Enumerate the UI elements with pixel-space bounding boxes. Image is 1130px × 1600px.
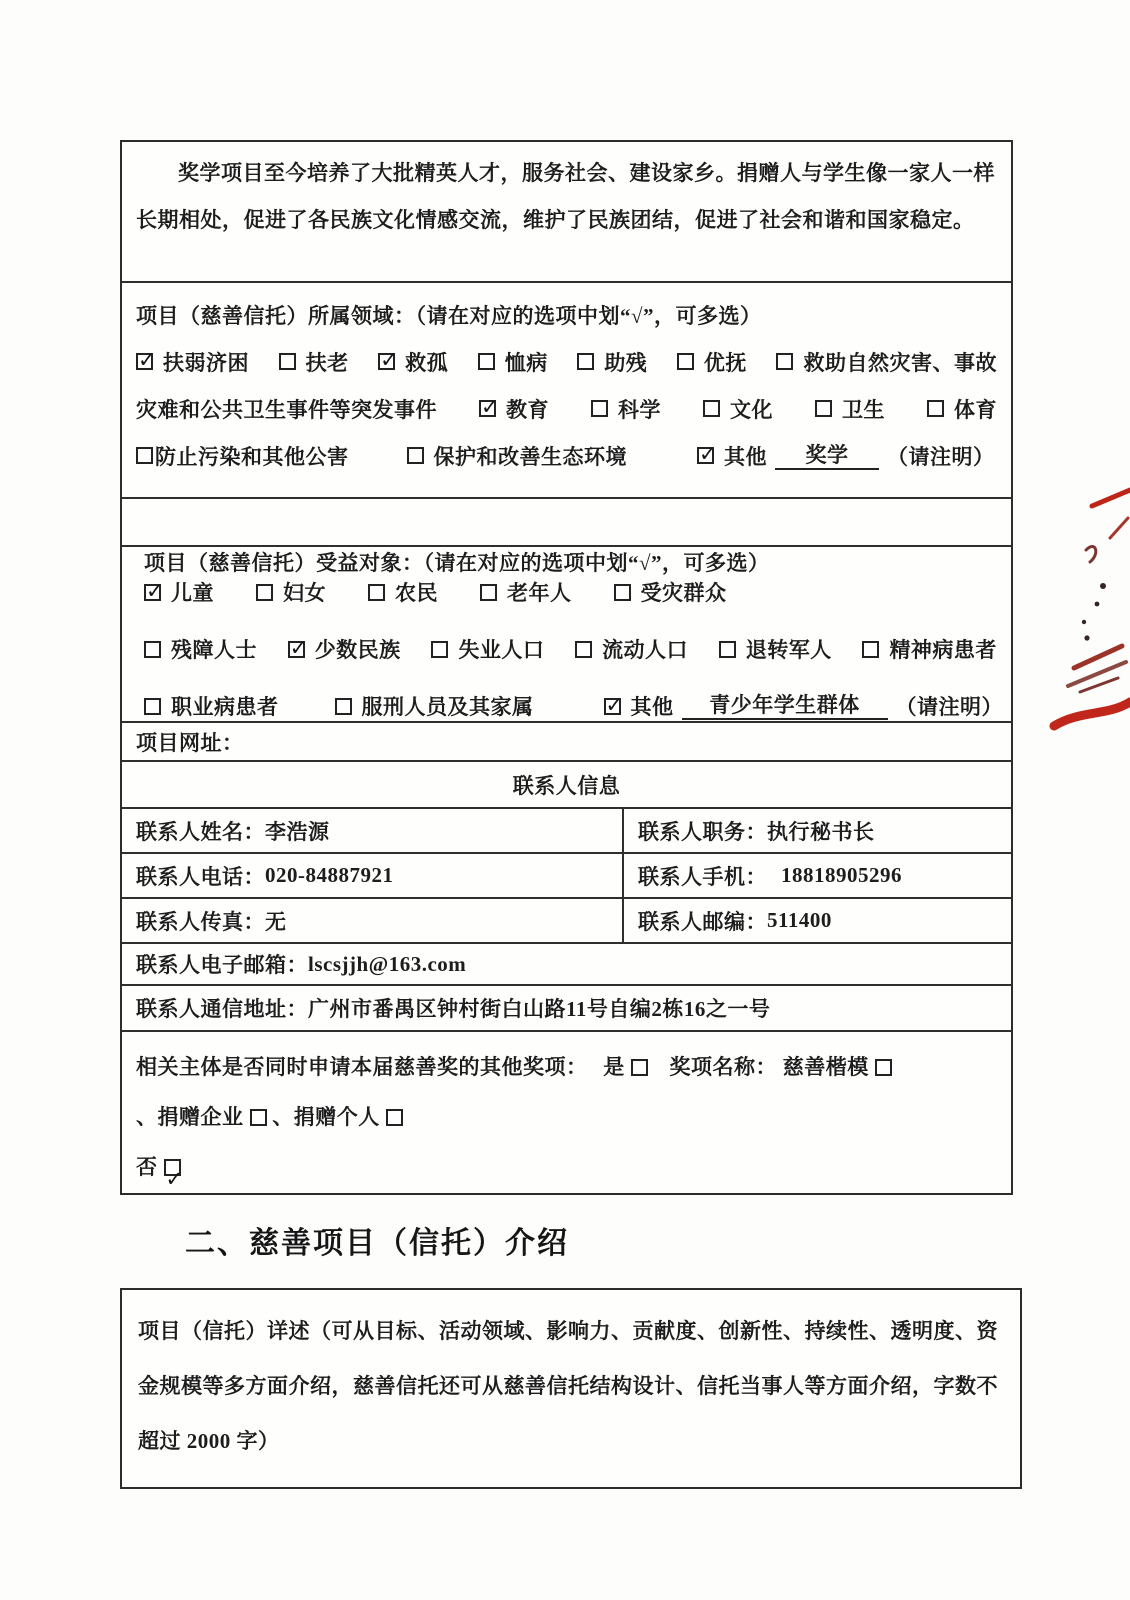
empty-row xyxy=(122,499,1011,547)
option-label: 其他 xyxy=(724,441,767,471)
awards-names-prefix: 奖项名称： xyxy=(670,1055,778,1079)
option-label: 儿童 xyxy=(171,577,214,607)
option-qita-beneficiary[interactable]: 其他 xyxy=(604,691,674,721)
contact-address-value: 广州市番禺区钟村街白山路11号自编2栋16之一号 xyxy=(308,993,770,1023)
option-jiaoyu[interactable]: 教育 xyxy=(479,394,549,424)
detail-box-label: 项目（信托）详述 xyxy=(138,1319,310,1343)
option-youfu[interactable]: 优抚 xyxy=(677,347,747,377)
option-label: 老年人 xyxy=(507,577,572,607)
checkbox-icon[interactable] xyxy=(719,641,736,658)
checkbox-icon[interactable] xyxy=(136,447,153,464)
option-fulao[interactable]: 扶老 xyxy=(279,347,349,377)
option-label: 妇女 xyxy=(283,577,326,607)
contact-zip-cell: 联系人邮编： 511400 xyxy=(624,899,1011,942)
option-label: 救助自然灾害、事故 xyxy=(803,347,997,377)
option-no[interactable]: 否 xyxy=(136,1142,181,1192)
checkbox-icon[interactable] xyxy=(776,353,793,370)
checkbox-icon[interactable] xyxy=(144,698,161,715)
other-awards-row: 相关主体是否同时申请本届慈善奖的其他奖项： 是 奖项名称： 慈善楷模 、捐赠企业… xyxy=(122,1032,1011,1193)
option-label: 少数民族 xyxy=(315,634,401,664)
option-label: 慈善楷模 xyxy=(783,1042,869,1092)
other-beneficiary-value[interactable]: 青少年学生群体 xyxy=(682,692,888,720)
checkbox-icon[interactable] xyxy=(927,400,944,417)
checkbox-icon[interactable] xyxy=(862,641,879,658)
option-label: 其他 xyxy=(631,691,674,721)
option-label: 、捐赠个人 xyxy=(272,1092,380,1142)
checkbox-icon[interactable] xyxy=(250,1109,267,1126)
checkbox-icon[interactable] xyxy=(144,584,161,601)
contact-name-label: 联系人姓名： xyxy=(136,816,265,846)
checkbox-icon[interactable] xyxy=(431,641,448,658)
option-label: 退转军人 xyxy=(746,634,832,664)
yes-label: 是 xyxy=(603,1042,625,1092)
other-awards-question-line: 相关主体是否同时申请本届慈善奖的其他奖项： 是 奖项名称： 慈善楷模 、捐赠企业… xyxy=(136,1042,997,1142)
option-label: 卫生 xyxy=(842,394,885,424)
option-fangzhiwuran[interactable]: 防止污染和其他公害 xyxy=(136,441,349,471)
option-label: 职业病患者 xyxy=(171,691,279,721)
option-fuxingrenyuan[interactable]: 服刑人员及其家属 xyxy=(335,691,534,721)
option-juanzengqiye[interactable]: 、捐赠企业 xyxy=(136,1092,267,1142)
option-label: 扶弱济困 xyxy=(163,347,249,377)
checkbox-icon[interactable] xyxy=(407,447,424,464)
option-tuizhuanjunren[interactable]: 退转军人 xyxy=(719,634,832,664)
contact-fax-cell: 联系人传真： 无 xyxy=(122,899,624,942)
option-zhiyebinghuanzhe[interactable]: 职业病患者 xyxy=(144,691,279,721)
option-shiyerenkou[interactable]: 失业人口 xyxy=(431,634,544,664)
option-label: 优抚 xyxy=(704,347,747,377)
option-liudongrenkou[interactable]: 流动人口 xyxy=(575,634,688,664)
checkbox-icon[interactable] xyxy=(136,353,153,370)
checkbox-icon[interactable] xyxy=(575,641,592,658)
checkbox-icon[interactable] xyxy=(697,447,714,464)
contact-address-row: 联系人通信地址： 广州市番禺区钟村街白山路11号自编2栋16之一号 xyxy=(122,986,1011,1032)
option-baohushengtai[interactable]: 保护和改善生态环境 xyxy=(407,441,628,471)
option-canzhangrenshi[interactable]: 残障人士 xyxy=(144,634,257,664)
project-detail-box: 项目（信托）详述（可从目标、活动领域、影响力、贡献度、创新性、持续性、透明度、资… xyxy=(120,1288,1022,1489)
contact-fax-value: 无 xyxy=(265,906,287,936)
contact-email-value: lscsjjh@163.com xyxy=(308,952,466,977)
contact-zip-value: 511400 xyxy=(767,908,832,933)
option-shaoshuminzu[interactable]: 少数民族 xyxy=(288,634,401,664)
project-website-row: 项目网址： xyxy=(122,723,1011,762)
please-specify-note: （请注明） xyxy=(887,441,995,471)
checkbox-icon[interactable] xyxy=(480,584,497,601)
contact-email-row: 联系人电子邮箱： lscsjjh@163.com xyxy=(122,944,1011,986)
awards-question: 相关主体是否同时申请本届慈善奖的其他奖项： xyxy=(136,1055,588,1079)
checkbox-icon[interactable] xyxy=(368,584,385,601)
intro-paragraph-row: 奖学项目至今培养了大批精英人才，服务社会、建设家乡。捐赠人与学生像一家人一样长期… xyxy=(122,142,1011,283)
contact-email-label: 联系人电子邮箱： xyxy=(136,949,308,979)
option-label: 服刑人员及其家属 xyxy=(362,691,534,721)
contact-name-cell: 联系人姓名： 李浩源 xyxy=(122,809,624,852)
option-label: 防止污染和其他公害 xyxy=(155,441,349,471)
checkbox-icon[interactable] xyxy=(478,353,495,370)
contact-name-title-row: 联系人姓名： 李浩源 联系人职务： 执行秘书长 xyxy=(122,809,1011,854)
contact-title-cell: 联系人职务： 执行秘书长 xyxy=(624,809,1011,852)
option-laonianren[interactable]: 老年人 xyxy=(480,577,572,607)
contact-address-label: 联系人通信地址： xyxy=(136,993,308,1023)
option-label: 体育 xyxy=(954,394,997,424)
contact-phone-mobile-row: 联系人电话： 020-84887921 联系人手机： 18818905296 xyxy=(122,854,1011,899)
red-ink-marks xyxy=(1040,478,1130,758)
checkbox-icon[interactable] xyxy=(577,353,594,370)
intro-paragraph: 奖学项目至今培养了大批精英人才，服务社会、建设家乡。捐赠人与学生像一家人一样长期… xyxy=(136,150,997,244)
beneficiary-options-line1: 儿童 妇女 农民 老年人 受灾群众 xyxy=(144,577,997,607)
option-label: 、捐赠企业 xyxy=(136,1092,244,1142)
option-label: 教育 xyxy=(506,394,549,424)
section2-title: 二、慈善项目（信托）介绍 xyxy=(185,1218,569,1262)
contact-phone-label: 联系人电话： xyxy=(136,861,265,891)
contact-info-header-row: 联系人信息 xyxy=(122,762,1011,809)
option-qita[interactable]: 其他 xyxy=(697,441,767,471)
domain-options-line2: 灾难和公共卫生事件等突发事件 教育 科学 文化 卫生 xyxy=(136,385,997,432)
option-weisheng[interactable]: 卫生 xyxy=(815,394,885,424)
checkbox-icon[interactable] xyxy=(875,1059,892,1076)
checkbox-icon[interactable] xyxy=(386,1109,403,1126)
contact-name-value: 李浩源 xyxy=(265,816,330,846)
checkbox-icon[interactable] xyxy=(479,400,496,417)
option-jingshenbinghuanzhe[interactable]: 精神病患者 xyxy=(862,634,997,664)
contact-mobile-value: 18818905296 xyxy=(781,863,902,888)
checkbox-icon[interactable] xyxy=(631,1059,648,1076)
application-form-table: 奖学项目至今培养了大批精英人才，服务社会、建设家乡。捐赠人与学生像一家人一样长期… xyxy=(120,140,1013,1195)
option-label: 农民 xyxy=(395,577,438,607)
checkbox-icon[interactable] xyxy=(164,1159,181,1176)
domain-options-line1: 扶弱济困 扶老 救孤 恤病 助残 xyxy=(136,338,997,385)
option-zhucan[interactable]: 助残 xyxy=(577,347,647,377)
project-website-label: 项目网址： xyxy=(136,727,244,757)
checkbox-icon[interactable] xyxy=(256,584,273,601)
option-label: 失业人口 xyxy=(458,634,544,664)
option-xubing[interactable]: 恤病 xyxy=(478,347,548,377)
contact-zip-label: 联系人邮编： xyxy=(638,906,767,936)
domain-section-row: 项目（慈善信托）所属领域：（请在对应的选项中划“√”，可多选） 扶弱济困 扶老 … xyxy=(122,283,1011,499)
option-yes[interactable]: 是 xyxy=(603,1042,648,1092)
contact-fax-label: 联系人传真： xyxy=(136,906,265,936)
option-label: 恤病 xyxy=(505,347,548,377)
contact-mobile-label: 联系人手机： xyxy=(638,861,767,891)
option-cishankaimo[interactable]: 慈善楷模 xyxy=(783,1042,892,1092)
beneficiary-options-line3: 职业病患者 服刑人员及其家属 其他 青少年学生群体 （请注明） xyxy=(144,691,997,721)
domain-section-title: 项目（慈善信托）所属领域：（请在对应的选项中划“√”，可多选） xyxy=(136,300,762,330)
scanned-application-form-page: 奖学项目至今培养了大批精英人才，服务社会、建设家乡。捐赠人与学生像一家人一样长期… xyxy=(0,0,1130,1600)
option-juanzenggeren[interactable]: 、捐赠个人 xyxy=(272,1092,403,1142)
option-funv[interactable]: 妇女 xyxy=(256,577,326,607)
option-label: 保护和改善生态环境 xyxy=(434,441,628,471)
option-tiyu[interactable]: 体育 xyxy=(927,394,997,424)
no-label: 否 xyxy=(136,1142,158,1192)
checkbox-icon[interactable] xyxy=(703,400,720,417)
beneficiary-options-line2: 残障人士 少数民族 失业人口 流动人口 退转军人 xyxy=(144,607,997,691)
other-field-value[interactable]: 奖学 xyxy=(775,442,879,470)
checkbox-icon[interactable] xyxy=(604,698,621,715)
option-nongmin[interactable]: 农民 xyxy=(368,577,438,607)
contact-info-header: 联系人信息 xyxy=(513,770,621,800)
checkbox-icon[interactable] xyxy=(591,400,608,417)
line2-prefix: 灾难和公共卫生事件等突发事件 xyxy=(136,394,437,424)
contact-phone-value: 020-84887921 xyxy=(265,863,394,888)
option-label: 文化 xyxy=(730,394,773,424)
option-label: 精神病患者 xyxy=(889,634,997,664)
checkbox-icon[interactable] xyxy=(815,400,832,417)
checkbox-icon[interactable] xyxy=(279,353,296,370)
option-label: 科学 xyxy=(618,394,661,424)
checkbox-icon[interactable] xyxy=(614,584,631,601)
option-label: 受灾群众 xyxy=(641,577,727,607)
contact-fax-zip-row: 联系人传真： 无 联系人邮编： 511400 xyxy=(122,899,1011,944)
beneficiary-section-title: 项目（慈善信托）受益对象：（请在对应的选项中划“√”，可多选） xyxy=(144,547,770,577)
option-label: 扶老 xyxy=(306,347,349,377)
option-jiuzhuzaihai[interactable]: 救助自然灾害、事故 xyxy=(776,347,997,377)
option-ertong[interactable]: 儿童 xyxy=(144,577,214,607)
option-fupinjikun[interactable]: 扶弱济困 xyxy=(136,347,249,377)
please-specify-note: （请注明） xyxy=(896,691,1004,721)
option-kexue[interactable]: 科学 xyxy=(591,394,661,424)
contact-title-value: 执行秘书长 xyxy=(767,816,875,846)
checkbox-icon[interactable] xyxy=(288,641,305,658)
option-shouzaiqunzhong[interactable]: 受灾群众 xyxy=(614,577,727,607)
other-awards-no-line: 否 xyxy=(136,1142,997,1192)
beneficiary-section-row: 项目（慈善信托）受益对象：（请在对应的选项中划“√”，可多选） 儿童 妇女 农民 xyxy=(122,547,1011,723)
checkbox-icon[interactable] xyxy=(677,353,694,370)
checkbox-icon[interactable] xyxy=(144,641,161,658)
contact-title-label: 联系人职务： xyxy=(638,816,767,846)
option-label: 救孤 xyxy=(405,347,448,377)
option-label: 流动人口 xyxy=(602,634,688,664)
contact-mobile-cell: 联系人手机： 18818905296 xyxy=(624,854,1011,897)
option-jiugu[interactable]: 救孤 xyxy=(378,347,448,377)
contact-phone-cell: 联系人电话： 020-84887921 xyxy=(122,854,624,897)
option-wenhua[interactable]: 文化 xyxy=(703,394,773,424)
domain-options-line3: 防止污染和其他公害 保护和改善生态环境 其他 奖学 （请注明） xyxy=(136,432,997,479)
option-label: 助残 xyxy=(604,347,647,377)
checkbox-icon[interactable] xyxy=(335,698,352,715)
checkbox-icon[interactable] xyxy=(378,353,395,370)
option-label: 残障人士 xyxy=(171,634,257,664)
